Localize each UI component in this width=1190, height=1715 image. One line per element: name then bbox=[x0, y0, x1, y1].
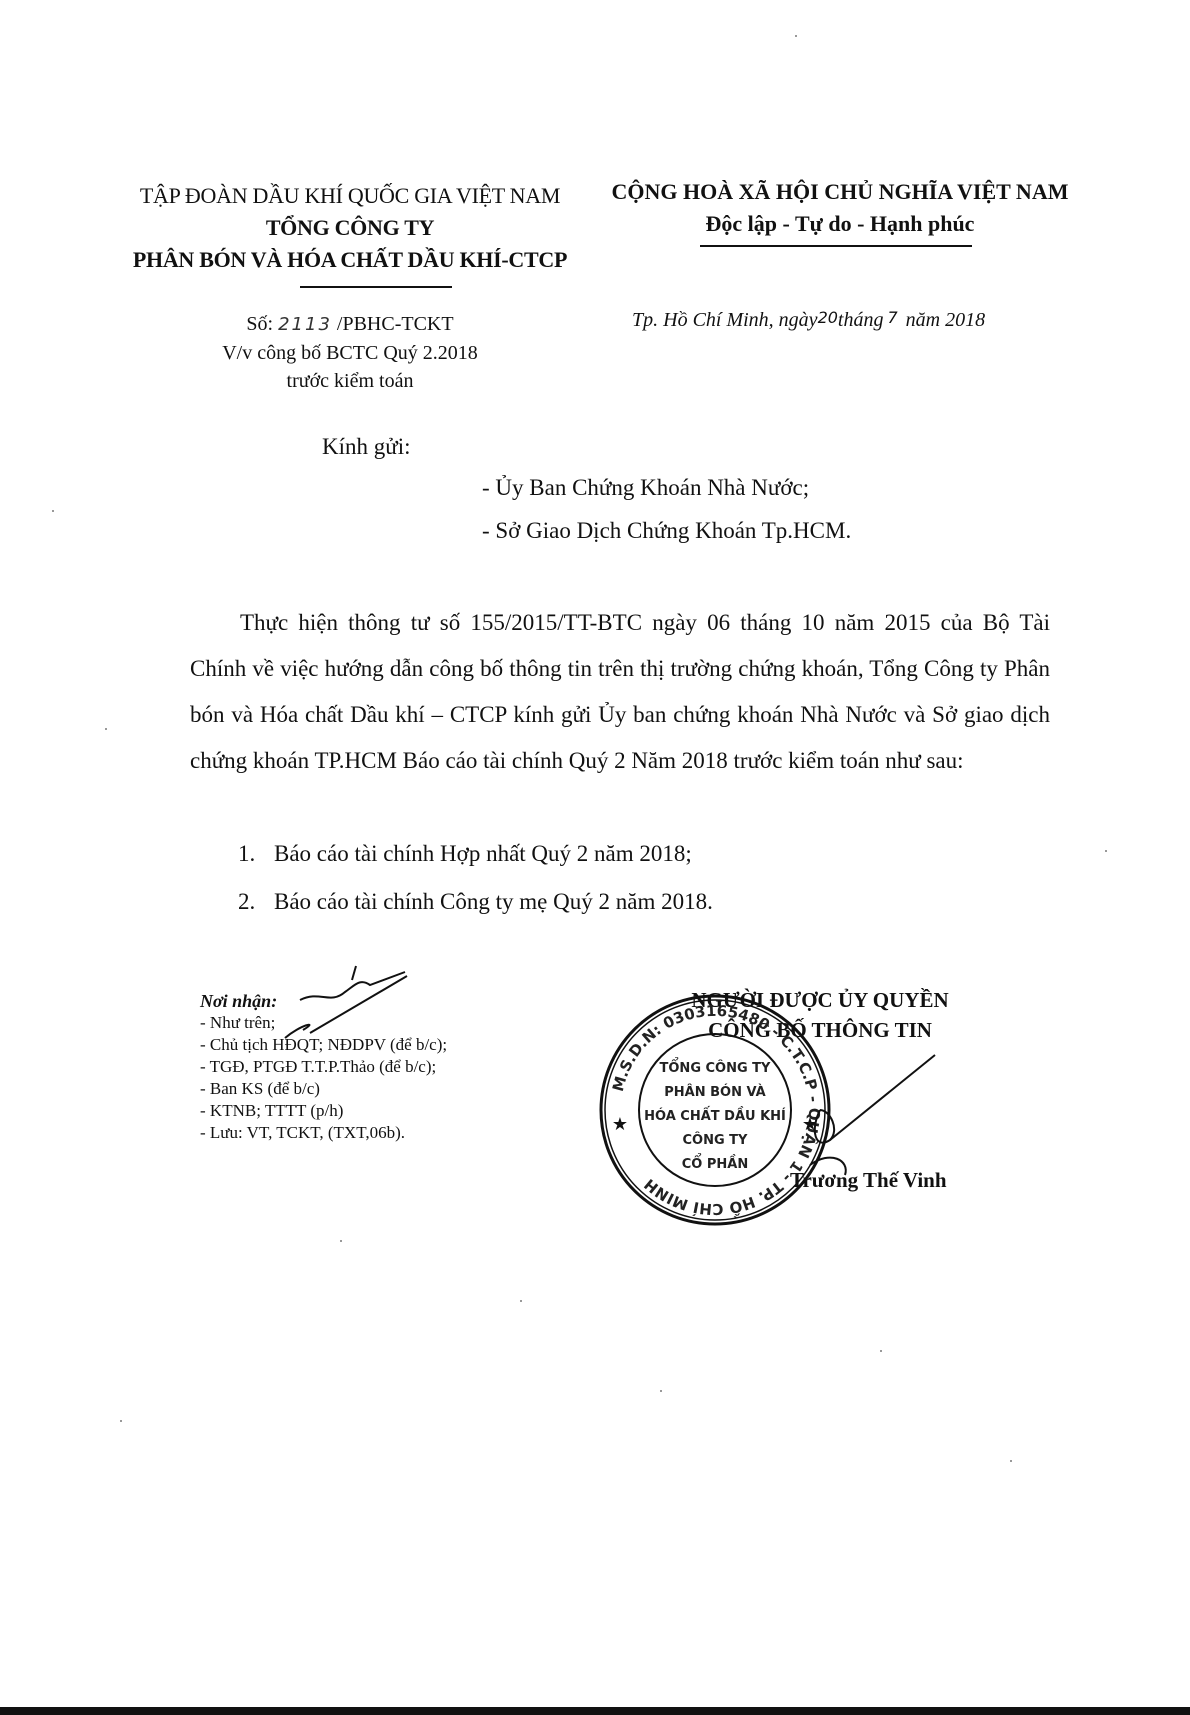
svg-text:★: ★ bbox=[802, 1114, 818, 1134]
svg-text:CÔNG TY: CÔNG TY bbox=[683, 1132, 749, 1148]
organization-line1: TỔNG CÔNG TY bbox=[110, 212, 590, 244]
national-header: CỘNG HOÀ XÃ HỘI CHỦ NGHĨA VIỆT NAM Độc l… bbox=[600, 176, 1080, 240]
header-left-divider bbox=[300, 286, 452, 288]
parent-organization: TẬP ĐOÀN DẦU KHÍ QUỐC GIA VIỆT NAM bbox=[110, 180, 590, 212]
signer-title: NGƯỜI ĐƯỢC ỦY QUYỀN CÔNG BỐ THÔNG TIN bbox=[650, 985, 990, 1045]
scan-edge bbox=[0, 1707, 1190, 1715]
number-label: Số: bbox=[246, 313, 273, 335]
list-item: 1.Báo cáo tài chính Hợp nhất Quý 2 năm 2… bbox=[238, 830, 713, 878]
recipient-2: - Sở Giao Dịch Chứng Khoán Tp.HCM. bbox=[482, 518, 851, 544]
nation-title: CỘNG HOÀ XÃ HỘI CHỦ NGHĨA VIỆT NAM bbox=[600, 176, 1080, 208]
signer-name: Trương Thế Vinh bbox=[790, 1168, 947, 1193]
svg-text:TỔNG CÔNG TY: TỔNG CÔNG TY bbox=[660, 1058, 772, 1076]
svg-text:PHÂN BÓN VÀ: PHÂN BÓN VÀ bbox=[664, 1084, 765, 1100]
header-right-divider bbox=[700, 245, 972, 247]
date-month: 7 bbox=[887, 308, 897, 327]
subject-line: V/v công bố BCTC Quý 2.2018 bbox=[180, 339, 520, 367]
reference-block: Số: 2113 /PBHC-TCKT V/v công bố BCTC Quý… bbox=[180, 310, 520, 395]
date-year: năm 2018 bbox=[906, 309, 985, 331]
document-number: Số: 2113 /PBHC-TCKT bbox=[180, 310, 520, 339]
distribution-item: - Ban KS (để b/c) bbox=[200, 1078, 447, 1100]
svg-text:HÓA CHẤT DẦU KHÍ: HÓA CHẤT DẦU KHÍ bbox=[644, 1106, 786, 1124]
organization-line2: PHÂN BÓN VÀ HÓA CHẤT DẦU KHÍ-CTCP bbox=[110, 244, 590, 276]
document-date: Tp. Hồ Chí Minh, ngày20tháng7năm 2018 bbox=[632, 308, 985, 332]
distribution-list: Nơi nhận: - Như trên; - Chủ tịch HĐQT; N… bbox=[200, 990, 447, 1144]
issuer-header: TẬP ĐOÀN DẦU KHÍ QUỐC GIA VIỆT NAM TỔNG … bbox=[110, 180, 590, 276]
date-prefix: Tp. Hồ Chí Minh, ngày bbox=[632, 309, 818, 331]
svg-text:★: ★ bbox=[612, 1114, 628, 1134]
distribution-title: Nơi nhận: bbox=[200, 990, 447, 1012]
distribution-item: - Như trên; bbox=[200, 1012, 447, 1034]
distribution-item: - Chủ tịch HĐQT; NĐDPV (để b/c); bbox=[200, 1034, 447, 1056]
subject-line-2: trước kiểm toán bbox=[180, 367, 520, 395]
handwritten-number: 2113 bbox=[278, 314, 332, 335]
recipient-1: - Ủy Ban Chứng Khoán Nhà Nước; bbox=[482, 475, 809, 501]
national-motto: Độc lập - Tự do - Hạnh phúc bbox=[600, 208, 1080, 240]
signer-title-line2: CÔNG BỐ THÔNG TIN bbox=[650, 1015, 990, 1045]
distribution-item: - TGĐ, PTGĐ T.T.P.Thảo (để b/c); bbox=[200, 1056, 447, 1078]
signer-signature-icon bbox=[810, 1055, 935, 1175]
date-month-label: tháng bbox=[838, 309, 884, 331]
number-suffix: /PBHC-TCKT bbox=[337, 313, 454, 335]
distribution-item: - Lưu: VT, TCKT, (TXT,06b). bbox=[200, 1122, 447, 1144]
date-day: 20 bbox=[818, 308, 838, 327]
signer-title-line1: NGƯỜI ĐƯỢC ỦY QUYỀN bbox=[650, 985, 990, 1015]
list-item: 2.Báo cáo tài chính Công ty mẹ Quý 2 năm… bbox=[238, 878, 713, 926]
body-paragraph: Thực hiện thông tư số 155/2015/TT-BTC ng… bbox=[190, 600, 1050, 784]
report-list: 1.Báo cáo tài chính Hợp nhất Quý 2 năm 2… bbox=[238, 830, 713, 926]
greeting: Kính gửi: bbox=[322, 434, 411, 460]
svg-text:CỔ PHẦN: CỔ PHẦN bbox=[682, 1154, 748, 1172]
distribution-item: - KTNB; TTTT (p/h) bbox=[200, 1100, 447, 1122]
